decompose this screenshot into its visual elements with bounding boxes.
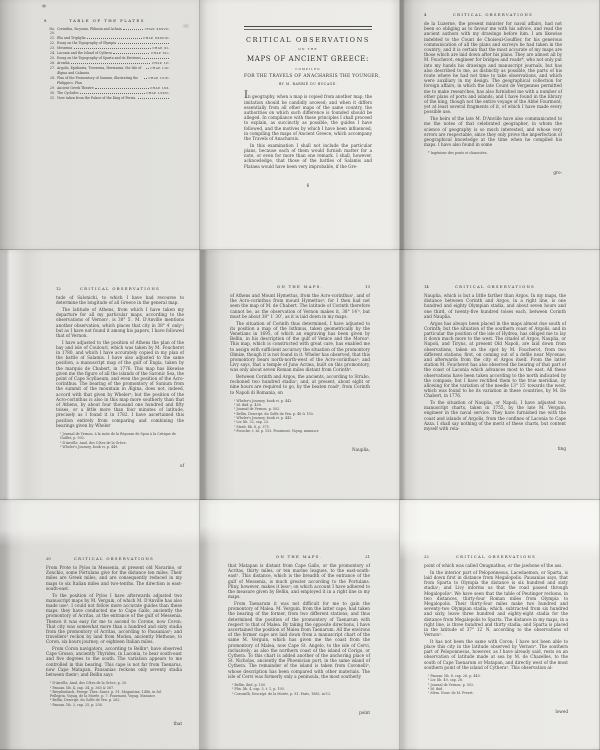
head-rule <box>244 26 372 30</box>
toc-leader <box>123 29 143 30</box>
page-thumbnail-p21[interactable]: ON THE MAPS. 21 that Matapan is distant … <box>200 500 400 750</box>
toc-chapter: CHAP. LII. <box>152 61 170 66</box>
toc-heading: TABLE OF THE PLATES <box>56 18 158 23</box>
paragraph: To the position of Pylos I have afterwar… <box>46 593 182 645</box>
catchword: gro- <box>553 170 562 175</box>
footnotes: ¹ Journal de Vernon, à la suite de la Ré… <box>56 432 184 449</box>
paragraph: From Prote to Pylos in Messenia, at pres… <box>46 565 182 591</box>
footnote: ³ Wheler's Journey, book vi. p. 449. <box>60 445 180 449</box>
paragraph: It has not been the same with Coron; I h… <box>424 639 568 670</box>
toc-leader <box>87 38 142 39</box>
footnotes: ¹ D'Anville, Anal. des Côtes de la Grèce… <box>46 681 182 707</box>
catchword: of <box>180 463 184 468</box>
page-thumbnail-p12[interactable]: 12 CRITICAL OBSERVATIONS tude of Salonic… <box>0 250 200 500</box>
toc-label: Argolis, Epidauria, Troezenia, Hermionis… <box>57 66 144 76</box>
toc-row: 27. Argolis, Epidauria, Troezenia, Hermi… <box>44 66 170 76</box>
toc-chapter: CHAP. LVIII. <box>148 76 170 81</box>
paragraph: In the interior part of Peloponnesus, La… <box>424 570 568 638</box>
page-body: In geography, when a map is copied from … <box>244 92 372 169</box>
toc-leader <box>142 58 168 59</box>
page-folio: 4 <box>424 12 438 17</box>
page-header: 20 CRITICAL OBSERVATIONS <box>46 556 182 561</box>
toc-chapter: CHAP. XL. <box>152 46 170 51</box>
page-body: From Prote to Pylos in Messenia, at pres… <box>46 565 182 677</box>
footnote: * Ingénieur des ponts et chaussées. <box>428 151 558 155</box>
title-line-1: CRITICAL OBSERVATIONS <box>244 36 372 44</box>
page-body: Nauplia, which is but a little farther t… <box>424 293 566 431</box>
page-header: 14 CRITICAL OBSERVATIONS <box>424 284 566 289</box>
catchword: point <box>359 710 370 715</box>
page-header: 12 CRITICAL OBSERVATIONS <box>56 286 184 291</box>
page-content: 22 CRITICAL OBSERVATIONS point of which … <box>424 554 568 717</box>
page-folio: 12 <box>56 286 70 291</box>
toc-row: No. 20. Corinthia, Sicyonia, Phliasia an… <box>44 27 170 37</box>
toc-chapter: CHAP. XXXVII. <box>145 27 170 32</box>
toc-number: No. 20. <box>44 27 55 37</box>
page-folio: 22 <box>424 554 438 559</box>
page-thumbnail-p4[interactable]: 4 CRITICAL OBSERVATIONS de la Luzerne, t… <box>400 0 600 250</box>
toc-leader <box>144 78 147 79</box>
toc-number: 27. <box>44 66 55 71</box>
toc-leader <box>118 43 169 44</box>
footnote: ⁵ Pausan. lib. 3, cap. 25, p. 258. <box>50 703 178 707</box>
catchword: ting <box>558 446 566 451</box>
page-thumbnail-p20[interactable]: 20 CRITICAL OBSERVATIONS From Prote to P… <box>0 500 200 750</box>
page-content: 8 TABLE OF THE PLATES No. 20. Corinthia,… <box>44 18 170 101</box>
page-header: ON THE MAPS. 21 <box>228 554 370 559</box>
running-title: CRITICAL OBSERVATIONS <box>438 554 554 559</box>
page-body: that Matapan is distant from Cape Gallo,… <box>228 563 370 679</box>
running-title: CRITICAL OBSERVATIONS <box>438 12 548 17</box>
toc-chapter: CHAP. LXXVI. <box>146 91 170 96</box>
page-body: point of which was called Onugnathus, or… <box>424 563 568 670</box>
toc-label: Corinthia, Sicyonia, Phliasia and Achaia <box>57 27 122 32</box>
toc-chapter: CHAP. LXX. <box>150 86 170 91</box>
footnotes: ¹ Bellin, ibid. p. 100.² Plin. lib. 4, c… <box>228 683 370 696</box>
catchword: Nauplia, <box>352 447 370 452</box>
page-folio: 8 <box>44 18 56 23</box>
catchword-row: Nauplia, <box>230 436 370 455</box>
toc-leader <box>113 53 149 54</box>
footnote: ³ Coronelli, Descript. de la Morée, p. 8… <box>232 692 366 696</box>
toc-chapter: CHAP. XLI. <box>151 51 170 56</box>
catchword-row: ting <box>424 435 566 454</box>
toc-label: View taken from the Palace of the King o… <box>57 96 136 101</box>
catchword-row: gro- <box>424 159 562 178</box>
page-thumbnail-p22[interactable]: 22 CRITICAL OBSERVATIONS point of which … <box>400 500 600 750</box>
catchword-row: of <box>56 452 184 471</box>
paragraph: The situation of Corinth thus determined… <box>230 321 370 373</box>
catchword-row: that <box>46 710 182 729</box>
title-line-3: MAPS OF ANCIENT GREECE: <box>244 55 372 63</box>
footnote: ⁸ Pococke, t. iii. p. 153. Fourmont, Voy… <box>234 429 366 433</box>
toc-leader <box>95 88 148 89</box>
paragraph: The heirs of the late M. D'Anville have … <box>424 116 562 147</box>
title-line-6: BY M. BARBIÉ DU BOCAGE. <box>244 82 372 86</box>
toc-row: 31. View taken from the Palace of the Ki… <box>44 96 170 101</box>
scanned-pages-grid: 8 TABLE OF THE PLATES No. 20. Corinthia,… <box>0 0 600 750</box>
toc-leader <box>138 98 169 99</box>
page-body: de la Luzerne, the present minister for … <box>424 21 562 147</box>
running-title: CRITICAL OBSERVATIONS <box>438 284 552 289</box>
footnote: ³ Breydenbach, Peregr. Thes. Sanct. p. 9… <box>50 690 178 699</box>
toc-leader <box>74 48 151 49</box>
paragraph: Argos has always been placed in the maps… <box>424 321 566 399</box>
paragraph: tude of Salonichi, to which I have had r… <box>56 295 184 305</box>
toc-number: 31. <box>44 96 55 101</box>
page-header: ON THE MAPS. 13 <box>230 284 370 289</box>
paragraph: From Coron navigators, according to Bell… <box>46 646 182 677</box>
toc-row: 28. Plan of the Promontory of Sunium, il… <box>44 76 170 86</box>
footnotes: ¹ Pausan. lib. 8, cap. 26, p. 440.² Liv.… <box>424 674 568 695</box>
toc-number: 28. <box>44 76 55 81</box>
paragraph: In this examination I shall not include … <box>244 143 372 169</box>
page-header: 22 CRITICAL OBSERVATIONS <box>424 554 568 559</box>
toc-chapter: CHAP. XXXVIII. <box>143 36 170 41</box>
toc-leader <box>71 63 150 64</box>
paragraph: of Athens and Mount Hymettus, from the A… <box>230 293 370 319</box>
page-thumbnail-plates-table[interactable]: 8 TABLE OF THE PLATES No. 20. Corinthia,… <box>0 0 200 250</box>
catchword: lowed <box>555 709 568 714</box>
signature-row: 6 <box>244 172 372 191</box>
page-content: ON THE MAPS. 13 of Athens and Mount Hyme… <box>230 284 370 455</box>
page-header: 8 TABLE OF THE PLATES <box>44 18 170 23</box>
running-title: ON THE MAPS. <box>244 284 356 289</box>
paragraph: Nauplia, which is but a little farther t… <box>424 293 566 319</box>
title-line-5: FOR THE TRAVELS OF ANACHARSIS THE YOUNGE… <box>244 74 372 79</box>
paragraph: I have adjusted to the position of Athen… <box>56 340 184 428</box>
running-title: ON THE MAPS. <box>242 554 356 559</box>
footnote: ¹ Journal de Vernon, à la suite de la Ré… <box>60 432 180 441</box>
title-line-4: COMPILED <box>244 67 372 71</box>
signature-mark: 6 <box>307 183 310 188</box>
paragraph: Between Corinth and Argos, the ancients,… <box>230 374 370 395</box>
page-thumbnail-title-page[interactable]: CRITICAL OBSERVATIONS ON THE MAPS OF ANC… <box>200 0 400 250</box>
running-title: CRITICAL OBSERVATIONS <box>70 286 170 291</box>
toc-chapter: CHAP. LIII. <box>150 66 170 71</box>
toc-label: Essay on the Topography of Sparta and it… <box>57 56 141 61</box>
footnotes: ¹ Wheler's Journey, book vi. p. 443.² Id… <box>230 399 370 433</box>
page-folio: 21 <box>356 554 370 559</box>
catchword-row: point <box>228 699 370 718</box>
page-folio: 13 <box>356 284 370 289</box>
page-body: of Athens and Mount Hymettus, from the A… <box>230 293 370 395</box>
page-content: 12 CRITICAL OBSERVATIONS tude of Salonic… <box>56 286 184 471</box>
catchword: that <box>173 721 182 726</box>
paragraph: To the situation of Nauplia, or Napoli, … <box>424 400 566 431</box>
page-thumbnail-p14[interactable]: 14 CRITICAL OBSERVATIONS Nauplia, which … <box>400 250 600 500</box>
page-thumbnail-p13[interactable]: ON THE MAPS. 13 of Athens and Mount Hyme… <box>200 250 400 500</box>
paragraph: point of which was called Onugnathus, or… <box>424 563 568 568</box>
plate-list: No. 20. Corinthia, Sicyonia, Phliasia an… <box>44 27 170 101</box>
page-content: CRITICAL OBSERVATIONS ON THE MAPS OF ANC… <box>244 26 372 191</box>
page-header: 4 CRITICAL OBSERVATIONS <box>424 12 562 17</box>
footnote: ⁵ Mém. Nouv. de M. Freret. <box>428 691 564 695</box>
page-body: tude of Salonichi, to which I have had r… <box>56 295 184 428</box>
toc-leader <box>80 93 145 94</box>
toc-leader <box>146 68 149 69</box>
page-content: 20 CRITICAL OBSERVATIONS From Prote to P… <box>46 556 182 729</box>
catchword-row: lowed <box>424 698 568 717</box>
paragraph: In geography, when a map is copied from … <box>244 92 372 142</box>
page-content: 14 CRITICAL OBSERVATIONS Nauplia, which … <box>424 284 566 454</box>
paragraph: that Matapan is distant from Cape Gallo,… <box>228 563 370 599</box>
paragraph: From Taenarum it was not difficult for m… <box>228 601 370 679</box>
paragraph: The latitude of Athens, from which I hav… <box>56 307 184 338</box>
page-folio: 20 <box>46 556 60 561</box>
page-folio: 14 <box>424 284 438 289</box>
page-content: 4 CRITICAL OBSERVATIONS de la Luzerne, t… <box>424 12 562 178</box>
toc-label: Plan of the Promontory of Sunium, illust… <box>57 76 142 86</box>
title-line-2: ON THE <box>244 47 372 51</box>
running-title: CRITICAL OBSERVATIONS <box>60 556 168 561</box>
page-content: ON THE MAPS. 21 that Matapan is distant … <box>228 554 370 718</box>
paragraph: de la Luzerne, the present minister for … <box>424 21 562 115</box>
footnotes: * Ingénieur des ponts et chaussées. <box>424 151 562 155</box>
